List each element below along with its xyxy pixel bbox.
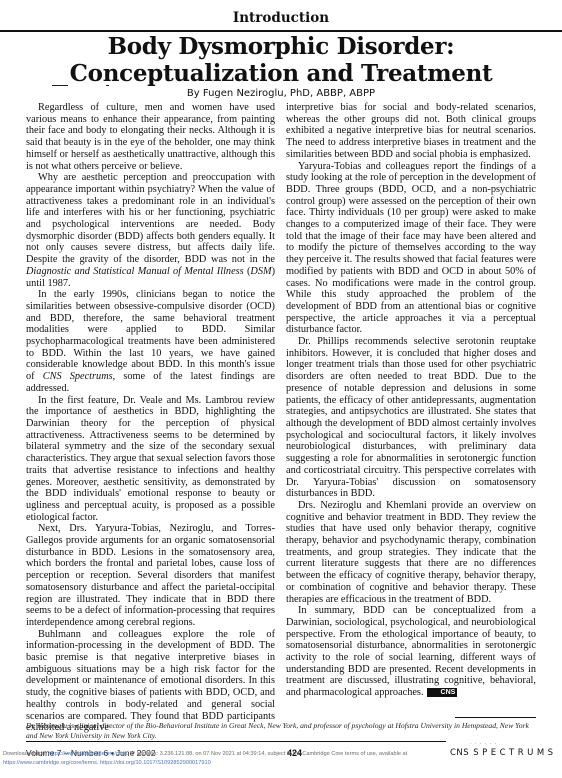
- paragraph: Buhlmann and colleagues explore the role…: [26, 629, 275, 734]
- byline: By Fugen Neziroglu, PhD, ABBP, ABPP: [0, 88, 562, 99]
- author-footnote: Dr. Neziroglu is clinical director of th…: [26, 721, 536, 740]
- paragraph: In the early 1990s, clinicians began to …: [26, 289, 275, 394]
- italic-title: Diagnostic and Statistical Manual of Men…: [26, 266, 244, 277]
- cambridge-core-link[interactable]: https://www.cambridge.org/core: [48, 751, 126, 757]
- download-watermark: Downloaded from https://www.cambridge.or…: [0, 750, 562, 768]
- text: In summary, BDD can be conceptualized fr…: [286, 605, 536, 698]
- dash-mark: [106, 85, 109, 87]
- italic-journal: CNS Spectrums: [43, 371, 113, 382]
- section-label: Introduction: [0, 10, 562, 26]
- header-rule: [0, 30, 562, 32]
- text: Why are aesthetic perception and preoccu…: [26, 172, 275, 265]
- paragraph: Dr. Phillips recommends selective seroto…: [286, 336, 536, 500]
- paragraph: Regardless of culture, men and women hav…: [26, 102, 275, 172]
- paragraph: In the first feature, Dr. Veale and Ms. …: [26, 395, 275, 524]
- text: In the early 1990s, clinicians began to …: [26, 289, 275, 382]
- dash-mark: [52, 85, 68, 87]
- right-column: interpretive bias for social and body-re…: [286, 102, 536, 699]
- paragraph: Yaryura-Tobias and colleagues report the…: [286, 161, 536, 337]
- paragraph: interpretive bias for social and body-re…: [286, 102, 536, 161]
- footnote-rule: [455, 717, 536, 718]
- end-mark-badge: CNS: [427, 688, 458, 697]
- footer-rule: [26, 741, 446, 742]
- watermark-text: Downloaded from: [3, 751, 48, 757]
- left-column: Regardless of culture, men and women hav…: [26, 102, 275, 734]
- paragraph: Next, Drs. Yaryura-Tobias, Neziroglu, an…: [26, 523, 275, 628]
- watermark-line-1: Downloaded from https://www.cambridge.or…: [0, 750, 562, 759]
- paragraph: Drs. Neziroglu and Khemlani provide an o…: [286, 500, 536, 605]
- paragraph: In summary, BDD can be conceptualized fr…: [286, 605, 536, 699]
- italic-abbrev: DSM: [250, 266, 271, 277]
- decorative-dots: · · · · · ·: [470, 742, 497, 747]
- watermark-text: . IP address: 3.236.121.88, on 07 Nov 20…: [127, 751, 407, 757]
- terms-doi-link[interactable]: https://www.cambridge.org/core/terms. ht…: [0, 759, 562, 768]
- paragraph: Why are aesthetic perception and preoccu…: [26, 172, 275, 289]
- title-line-1: Body Dysmorphic Disorder:: [0, 33, 562, 60]
